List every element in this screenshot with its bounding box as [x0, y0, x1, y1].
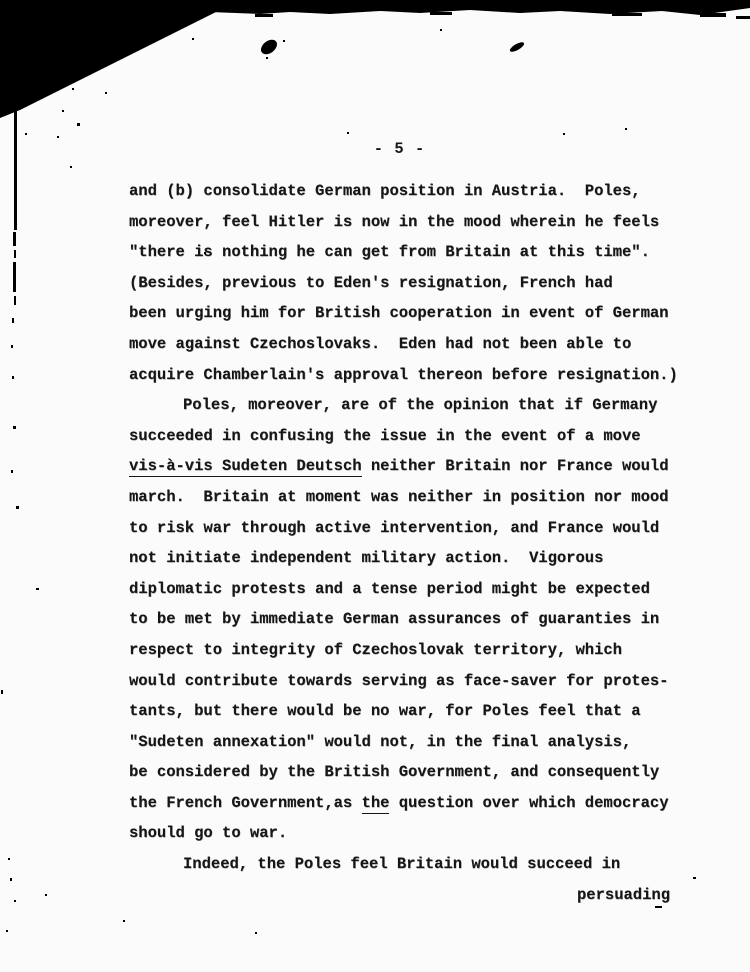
- text-line: move against Czechoslovaks. Eden had not…: [129, 329, 670, 360]
- text-segment: succeeded in confusing the issue in the …: [129, 427, 641, 445]
- text-line: respect to integrity of Czechoslovak ter…: [129, 635, 670, 666]
- text-segment: acquire Chamberlain's approval thereon b…: [129, 366, 678, 384]
- text-line: not initiate independent military action…: [129, 543, 670, 574]
- text-segment: march. Britain at moment was neither in …: [129, 488, 669, 506]
- text-line: should go to war.: [129, 818, 670, 849]
- text-segment: moreover, feel Hitler is now in the mood…: [129, 213, 659, 231]
- text-segment: would contribute towards serving as face…: [129, 672, 669, 690]
- underlined-text: the: [362, 794, 390, 814]
- text-segment: move against Czechoslovaks. Eden had not…: [129, 335, 631, 353]
- text-line: been urging him for British cooperation …: [129, 298, 670, 329]
- text-segment: question over which democracy: [389, 794, 668, 812]
- text-segment: and (b) consolidate German position in A…: [129, 182, 641, 200]
- text-segment: respect to integrity of Czechoslovak ter…: [129, 641, 622, 659]
- text-line: Poles, moreover, are of the opinion that…: [129, 390, 670, 421]
- text-segment: been urging him for British cooperation …: [129, 304, 669, 322]
- text-segment: to be met by immediate German assurances…: [129, 610, 659, 628]
- text-segment: "Sudeten annexation" would not, in the f…: [129, 733, 631, 751]
- text-line: would contribute towards serving as face…: [129, 666, 670, 697]
- text-segment: "there is nothing he can get from Britai…: [129, 243, 650, 261]
- text-segment: neither Britain nor France would: [362, 457, 669, 475]
- text-segment: tants, but there would be no war, for Po…: [129, 702, 641, 720]
- ink-blob: [509, 40, 526, 53]
- text-line: succeeded in confusing the issue in the …: [129, 421, 670, 452]
- corner-fold-shadow: [0, 0, 240, 118]
- text-segment: (Besides, previous to Eden's resignation…: [129, 274, 613, 292]
- text-line: and (b) consolidate German position in A…: [129, 176, 670, 207]
- text-line: acquire Chamberlain's approval thereon b…: [129, 360, 670, 391]
- text-line: the French Government,as the question ov…: [129, 788, 670, 819]
- scan-edge-band: [0, 0, 750, 17]
- text-line: vis-à-vis Sudeten Deutsch neither Britai…: [129, 451, 670, 482]
- ink-blob: [258, 37, 280, 58]
- document-page: - 5 - and (b) consolidate German positio…: [0, 0, 750, 972]
- underlined-text: vis-à-vis Sudeten Deutsch: [129, 457, 362, 477]
- text-line: moreover, feel Hitler is now in the mood…: [129, 207, 670, 238]
- text-line: persuading: [129, 880, 670, 911]
- page-number: - 5 -: [129, 140, 670, 158]
- text-line: Indeed, the Poles feel Britain would suc…: [129, 849, 670, 880]
- text-line: tants, but there would be no war, for Po…: [129, 696, 670, 727]
- text-segment: not initiate independent military action…: [129, 549, 603, 567]
- text-line: "Sudeten annexation" would not, in the f…: [129, 727, 670, 758]
- text-segment: should go to war.: [129, 824, 287, 842]
- text-segment: Indeed, the Poles feel Britain would suc…: [183, 855, 620, 873]
- text-segment: be considered by the British Government,…: [129, 763, 659, 781]
- body-text: and (b) consolidate German position in A…: [129, 176, 670, 910]
- text-line: be considered by the British Government,…: [129, 757, 670, 788]
- text-line: (Besides, previous to Eden's resignation…: [129, 268, 670, 299]
- text-segment: the French Government,as: [129, 794, 362, 812]
- text-segment: diplomatic protests and a tense period m…: [129, 580, 650, 598]
- text-line: diplomatic protests and a tense period m…: [129, 574, 670, 605]
- text-segment: persuading: [577, 886, 670, 904]
- text-segment: to risk war through active intervention,…: [129, 519, 659, 537]
- text-line: to be met by immediate German assurances…: [129, 604, 670, 635]
- text-line: march. Britain at moment was neither in …: [129, 482, 670, 513]
- text-line: to risk war through active intervention,…: [129, 513, 670, 544]
- text-line: "there is nothing he can get from Britai…: [129, 237, 670, 268]
- text-segment: Poles, moreover, are of the opinion that…: [183, 396, 657, 414]
